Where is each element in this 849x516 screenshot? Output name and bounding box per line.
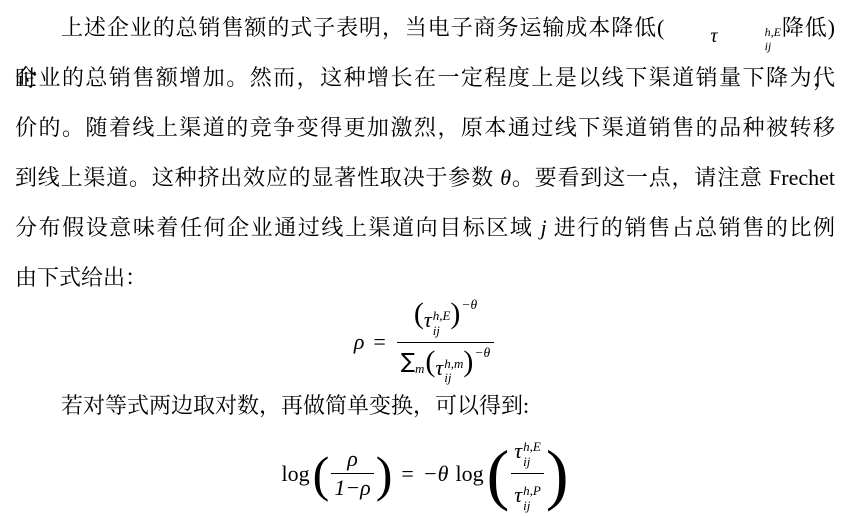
tau-hP-token: τh,Pij (514, 484, 541, 514)
exponent-minus-theta: −θ (474, 346, 490, 360)
tau-symbol: τ (514, 484, 522, 506)
equals-sign: = (401, 463, 413, 485)
line1-text-before: 上述企业的总销售额的式子表明，当电子商务运输成本降低( (61, 15, 664, 40)
tau-scripts: h,Eij (523, 440, 541, 470)
rho-fraction: ρ 1−ρ (331, 448, 373, 499)
fraction-numerator: (τh,Eij)−θ (410, 298, 481, 342)
summation-index: m (415, 361, 424, 376)
text-line-1: 上述企业的总销售额的式子表明，当电子商务运输成本降低(τh,Eij降低)时， (15, 3, 835, 53)
fraction: (τh,Eij)−θ ∑m(τh,mij)−θ (397, 298, 494, 387)
equals-sign: = (373, 331, 385, 353)
inline-math-tau-hE: τh,Eij (664, 26, 781, 54)
tau-subscript: ij (523, 499, 530, 514)
text-line-3: 价的。随着线上渠道的竞争变得更加激烈，原本通过线下渠道销售的品种被转移 (15, 103, 835, 153)
theta-symbol: θ (500, 165, 511, 190)
exponent-minus-theta: −θ (461, 298, 477, 312)
paragraph-sales: 上述企业的总销售额的式子表明，当电子商务运输成本降低(τh,Eij降低)时， 企… (15, 3, 835, 303)
rho-symbol: ρ (354, 331, 365, 353)
formula-log-odds: log ( ρ 1−ρ ) = −θ log ( τh,Eij τh,Pij ) (15, 431, 835, 516)
tau-ratio-fraction: τh,Eij τh,Pij (511, 433, 544, 514)
tau-subscript: ij (719, 40, 772, 54)
line4-text-after: 。要看到这一点，请注意 Frechet (511, 165, 835, 190)
fraction-numerator: τh,Eij (511, 433, 544, 473)
line5-text-after: 进行的销售占总销售的比例 (547, 215, 835, 240)
minus-theta-coefficient: −θ (423, 463, 449, 485)
tau-scripts: h,Eij (719, 26, 781, 54)
tau-superscript: h,E (719, 26, 781, 40)
tau-superscript: h,m (444, 357, 463, 372)
formula-share-rho: ρ = (τh,Eij)−θ ∑m(τh,mij)−θ (15, 303, 835, 381)
line5-text-before: 分布假设意味着任何企业通过线上渠道向目标区域 (15, 215, 541, 240)
tau-superscript: h,P (523, 484, 541, 499)
fraction-denominator: ∑m(τh,mij)−θ (397, 342, 494, 387)
tau-symbol: τ (435, 357, 443, 379)
fraction-numerator: ρ (344, 448, 361, 473)
document-page: 上述企业的总销售额的式子表明，当电子商务运输成本降低(τh,Eij降低)时， 企… (0, 0, 849, 516)
fraction-denominator: 1−ρ (331, 473, 373, 499)
tau-symbol: τ (664, 26, 717, 46)
summation-icon: ∑ (401, 349, 415, 373)
text-line-5: 分布假设意味着任何企业通过线上渠道向目标区域 j 进行的销售占总销售的比例 (15, 203, 835, 253)
text-line-4: 到线上渠道。这种挤出效应的显著性取决于参数 θ。要看到这一点，请注意 Frech… (15, 153, 835, 203)
log-function: log (455, 463, 483, 485)
text-line-2: 企业的总销售额增加。然而，这种增长在一定程度上是以线下渠道销量下降为代 (15, 53, 835, 103)
log-function: log (282, 463, 310, 485)
fraction-denominator: τh,Pij (511, 473, 544, 514)
tau-subscript: ij (523, 455, 530, 470)
tau-superscript: h,E (523, 440, 541, 455)
tau-subscript: ij (433, 324, 440, 339)
tau-symbol: τ (424, 309, 432, 331)
tau-scripts: h,Pij (523, 484, 541, 514)
tau-hE-token: τh,Eij (514, 440, 541, 470)
tau-hE-token: τh,Eij (424, 309, 451, 339)
line4-text-before: 到线上渠道。这种挤出效应的显著性取决于参数 (15, 165, 500, 190)
tau-symbol: τ (514, 440, 522, 462)
text-line-6: 由下式给出： (15, 253, 835, 303)
tau-scripts: h,Eij (433, 309, 451, 339)
text-line-7: 若对等式两边取对数，再做简单变换，可以得到: (15, 381, 835, 431)
tau-superscript: h,E (433, 309, 451, 324)
